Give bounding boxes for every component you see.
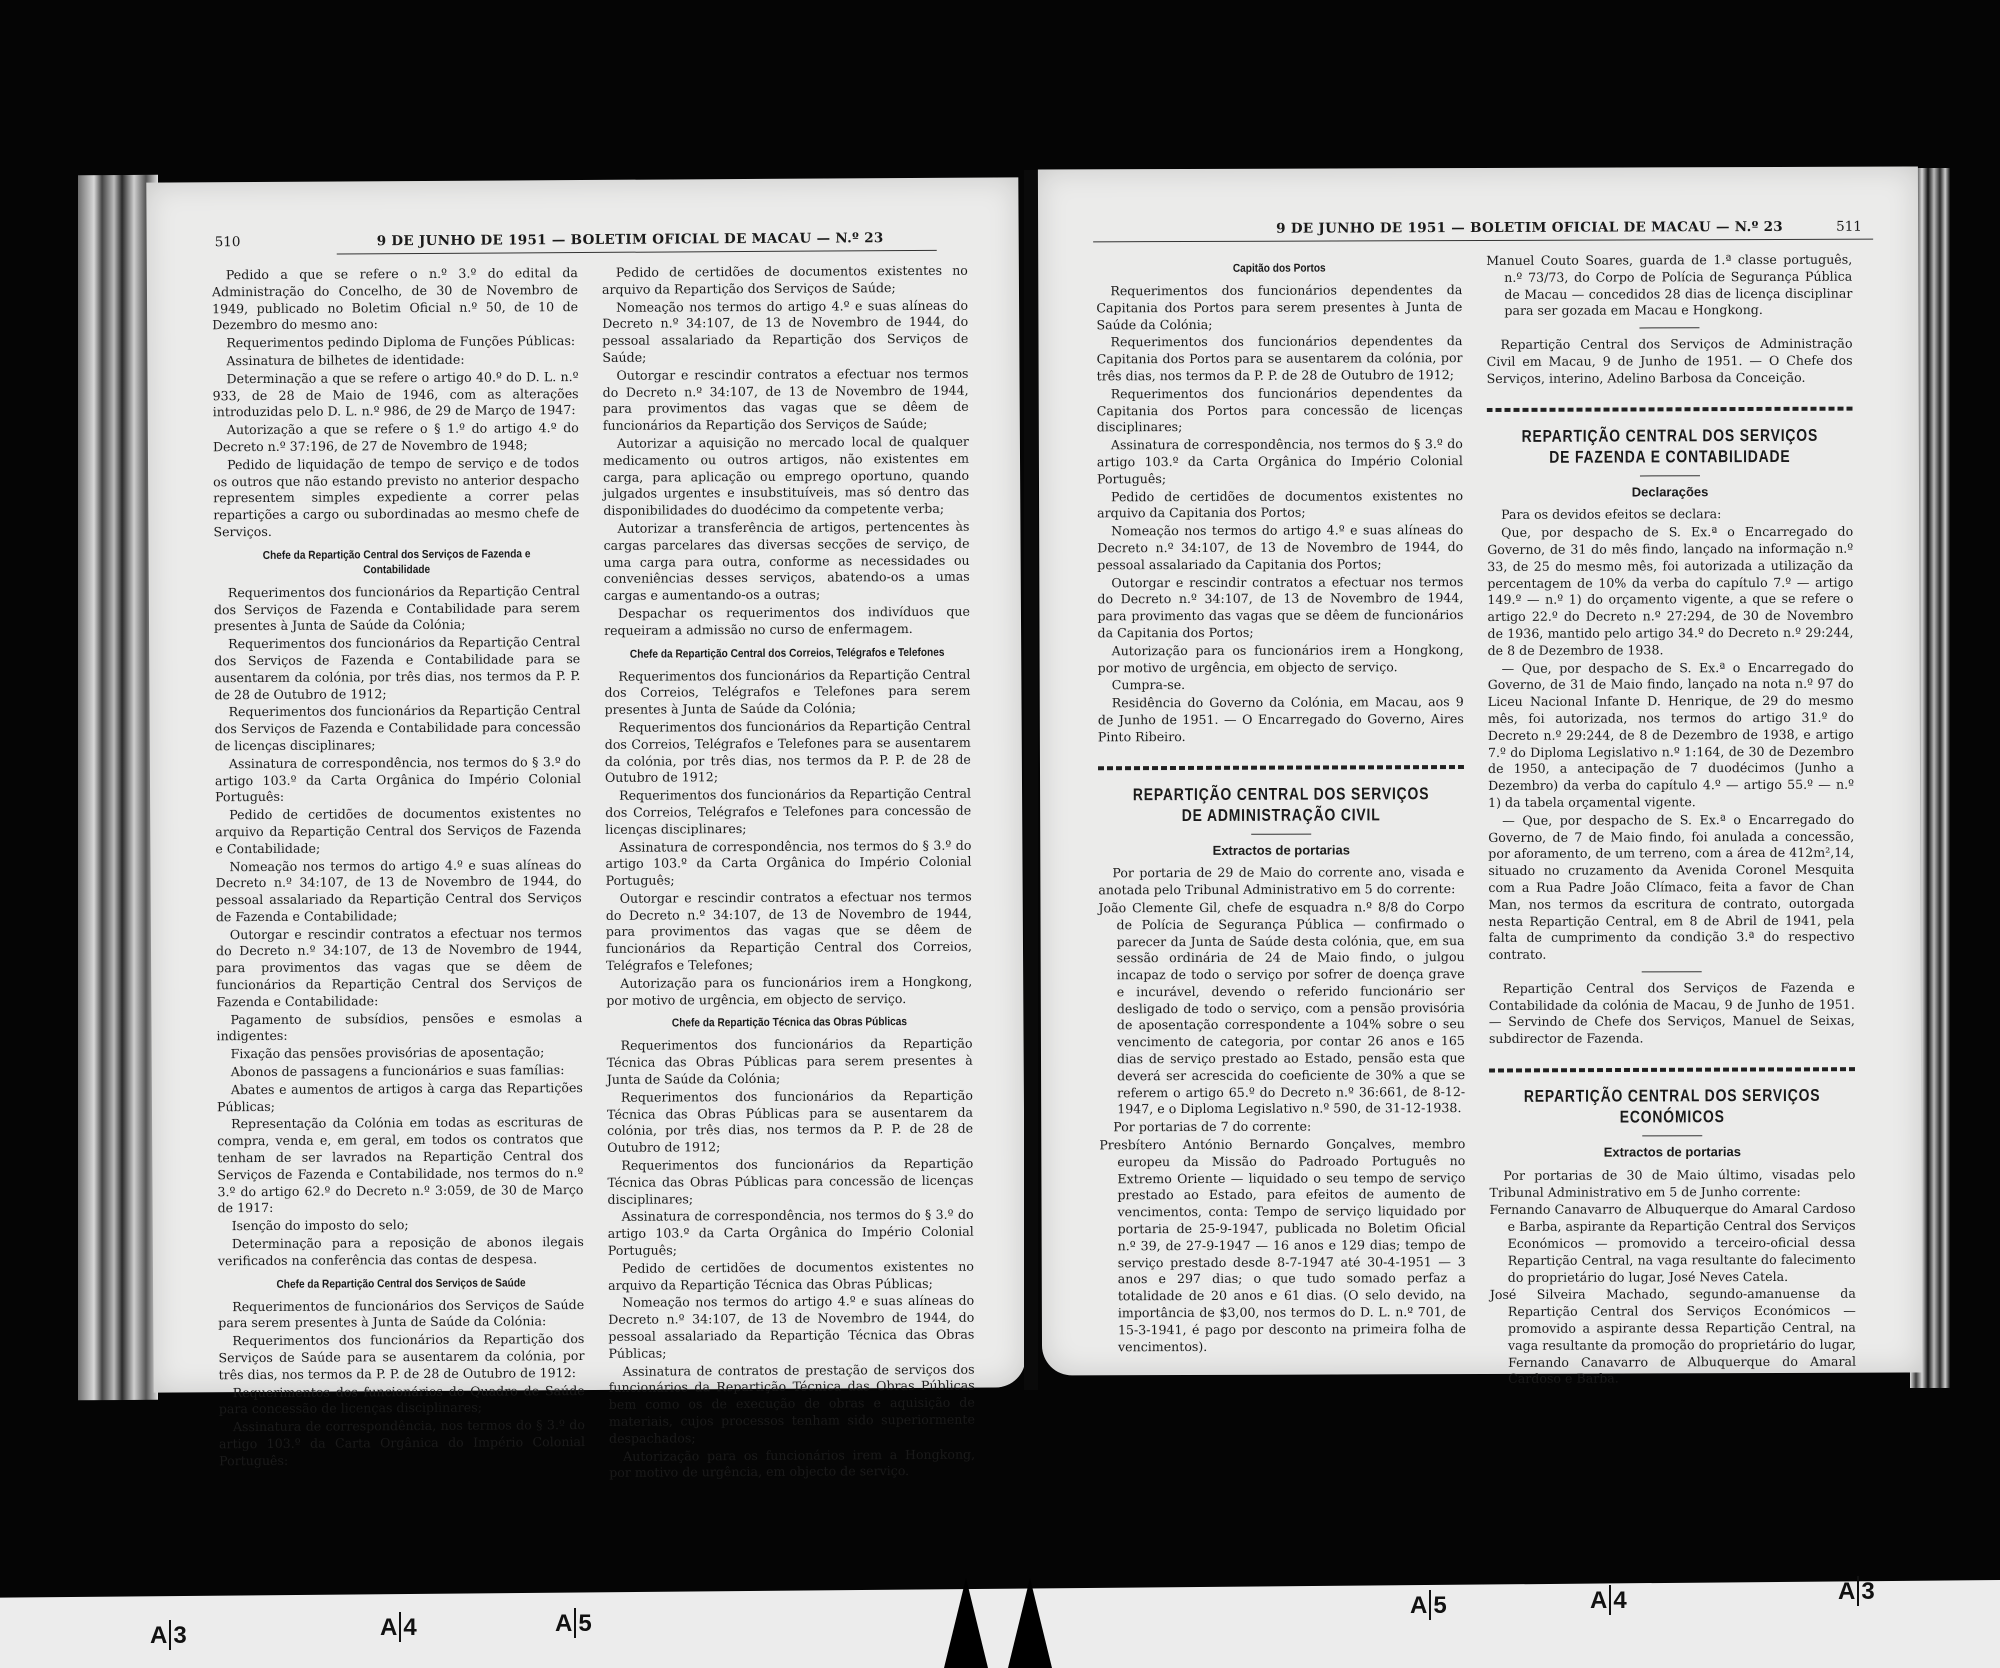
- paragraph: Representação da Colónia em todas as esc…: [217, 1114, 584, 1217]
- paragraph: Por portaria de 29 de Maio do corrente a…: [1098, 864, 1464, 899]
- heading: Chefe da Repartição Técnica das Obras Pú…: [628, 1015, 950, 1032]
- paragraph: Fixação das pensões provisórias de apose…: [217, 1044, 583, 1063]
- paragraph: Pedido de certidões de documentos existe…: [1097, 488, 1463, 523]
- paragraph: Outorgar e rescindir contratos a efectua…: [1097, 574, 1463, 642]
- paragraph: Isenção do imposto do selo;: [218, 1216, 584, 1235]
- short-rule: [1640, 475, 1700, 476]
- paragraph: Determinação para a reposição de abonos …: [218, 1234, 584, 1270]
- entry: Fernando Canavarro de Albuquerque do Ama…: [1490, 1201, 1856, 1286]
- book-edge-left: [78, 175, 158, 1400]
- paragraph: Requerimentos dos funcionários da Repart…: [215, 702, 581, 755]
- paragraph: Pedido de certidões de documentos existe…: [215, 805, 581, 858]
- short-rule: [1642, 971, 1702, 972]
- paragraph: Despachar os requerimentos dos indivíduo…: [604, 604, 970, 640]
- entry: Presbítero António Bernardo Gonçalves, m…: [1099, 1136, 1466, 1356]
- film-arrow-left: [944, 1578, 988, 1668]
- paragraph: Por portarias de 30 de Maio último, visa…: [1489, 1167, 1855, 1202]
- section-title: REPARTIÇÃO CENTRAL DOS SERVIÇOS DE FAZEN…: [1520, 424, 1820, 467]
- section-title: REPARTIÇÃO CENTRAL DOS SERVIÇOS ECONÓMIC…: [1522, 1085, 1822, 1128]
- paragraph: Residência do Governo da Colónia, em Mac…: [1098, 694, 1464, 746]
- subsection-title: Extractos de portarias: [1489, 1144, 1855, 1162]
- paragraph: Assinatura de correspondência, nos termo…: [1097, 436, 1463, 488]
- paragraph: Requerimentos de funcionários dos Serviç…: [218, 1297, 584, 1333]
- short-rule: [1639, 327, 1699, 328]
- book-gutter: [1024, 170, 1038, 1390]
- film-marker: A5: [1410, 1590, 1447, 1620]
- header-rule: [1093, 239, 1873, 243]
- paragraph: Requerimentos dos funcionários da Repart…: [214, 634, 580, 703]
- paragraph: Autorizar a aquisição no mercado local d…: [603, 434, 970, 520]
- paragraph: Requerimentos dos funcionários dependent…: [1096, 333, 1462, 385]
- entry: João Clemente Gil, chefe de esquadra n.º…: [1098, 899, 1465, 1119]
- paragraph: Outorgar e rescindir contratos a efectua…: [606, 889, 973, 975]
- paragraph: Requerimentos dos funcionários da Repart…: [607, 1036, 973, 1089]
- section-divider: [1098, 763, 1464, 772]
- paragraph: Outorgar e rescindir contratos a efectua…: [602, 365, 968, 434]
- column: Manuel Couto Soares, guarda de 1.ª class…: [1486, 252, 1856, 1390]
- paragraph: Assinatura de correspondência, nos termo…: [605, 837, 971, 890]
- heading: Chefe da Repartição Central dos Correios…: [626, 645, 948, 662]
- paragraph: Requerimentos dos funcionários do Quadro…: [219, 1383, 585, 1419]
- paragraph: Autorização para os funcionários irem a …: [1098, 642, 1464, 677]
- page-header: 9 DE JUNHO DE 1951 — BOLETIM OFICIAL DE …: [377, 230, 884, 249]
- heading: Capitão dos Portos: [1118, 261, 1440, 277]
- film-marker: A3: [150, 1620, 187, 1650]
- film-arrow-right: [1008, 1578, 1052, 1668]
- page-header: 9 DE JUNHO DE 1951 — BOLETIM OFICIAL DE …: [1276, 219, 1783, 237]
- heading: Chefe da Repartição Central dos Serviços…: [236, 547, 558, 579]
- paragraph: — Que, por despacho de S. Ex.ª o Encarre…: [1488, 659, 1855, 811]
- section-divider: [1487, 404, 1853, 413]
- heading: Chefe da Repartição Central dos Serviços…: [240, 1276, 562, 1293]
- paragraph: Determinação a que se refere o artigo 40…: [212, 369, 578, 422]
- paragraph: Autorizar a transferência de artigos, pe…: [603, 519, 970, 605]
- column: Pedido a que se refere o n.º 3.º do edit…: [212, 265, 585, 1471]
- left-page: 510 9 DE JUNHO DE 1951 — BOLETIM OFICIAL…: [146, 177, 1025, 1392]
- short-rule: [1251, 833, 1311, 834]
- film-marker: A3: [1838, 1576, 1875, 1606]
- paragraph: Requerimentos dos funcionários da Repart…: [607, 1088, 973, 1157]
- paragraph: Abates e aumentos de artigos à carga das…: [217, 1080, 583, 1116]
- paragraph: Por portarias de 7 do corrente:: [1099, 1118, 1465, 1136]
- entry: Manuel Couto Soares, guarda de 1.ª class…: [1486, 252, 1852, 320]
- paragraph: Nomeação nos termos do artigo 4.º e suas…: [1097, 522, 1463, 574]
- film-marker: A5: [555, 1608, 592, 1638]
- film-marker: A4: [1590, 1585, 1627, 1615]
- paragraph: Requerimentos dos funcionários da Repart…: [607, 1156, 973, 1209]
- subsection-title: Declarações: [1487, 483, 1853, 501]
- film-marker: A4: [380, 1612, 417, 1642]
- paragraph: Repartição Central dos Serviços de Fazen…: [1489, 980, 1855, 1048]
- paragraph: Pedido de certidões de documentos existe…: [602, 263, 968, 299]
- paragraph: Outorgar e rescindir contratos a efectua…: [216, 925, 583, 1011]
- paragraph: Assinatura de correspondência, nos termo…: [608, 1207, 974, 1260]
- paragraph: Requerimentos dos funcionários da Repart…: [605, 718, 971, 787]
- paragraph: Requerimentos dos funcionários da Repart…: [604, 666, 970, 719]
- section-title: REPARTIÇÃO CENTRAL DOS SERVIÇOS DE ADMIN…: [1131, 783, 1431, 826]
- paragraph: Pedido de liquidação de tempo de serviço…: [213, 455, 580, 541]
- paragraph: Assinatura de correspondência, nos termo…: [219, 1417, 585, 1470]
- page-number: 510: [215, 234, 241, 250]
- paragraph: Autorização a que se refere o § 1.º do a…: [213, 420, 579, 456]
- paragraph: Autorização para os funcionários irem a …: [609, 1446, 975, 1482]
- header-rule: [337, 250, 937, 255]
- paragraph: Assinatura de contratos de prestação de …: [609, 1361, 976, 1447]
- paragraph: Nomeação nos termos do artigo 4.º e suas…: [608, 1293, 974, 1362]
- right-page: 9 DE JUNHO DE 1951 — BOLETIM OFICIAL DE …: [1038, 166, 1922, 1375]
- subsection-title: Extractos de portarias: [1098, 842, 1464, 860]
- paragraph: Requerimentos dos funcionários da Repart…: [605, 786, 971, 839]
- paragraph: Abonos de passagens a funcionários e sua…: [217, 1062, 583, 1081]
- paragraph: Repartição Central dos Serviços de Admin…: [1486, 336, 1852, 388]
- film-strip: [0, 1580, 2000, 1668]
- paragraph: Nomeação nos termos do artigo 4.º e suas…: [215, 857, 581, 926]
- paragraph: Requerimentos pedindo Diploma de Funções…: [212, 333, 578, 352]
- paragraph: — Que, por despacho de S. Ex.ª o Encarre…: [1488, 811, 1855, 963]
- paragraph: Autorização para os funcionários irem a …: [606, 974, 972, 1010]
- paragraph: Pedido de certidões de documentos existe…: [608, 1258, 974, 1294]
- paragraph: Assinatura de bilhetes de identidade:: [212, 351, 578, 370]
- page-number: 511: [1836, 219, 1862, 235]
- paragraph: Cumpra-se.: [1098, 676, 1464, 694]
- paragraph: Requerimentos dos funcionários dependent…: [1096, 282, 1462, 334]
- paragraph: Requerimentos dos funcionários da Repart…: [214, 583, 580, 636]
- paragraph: Que, por despacho de S. Ex.ª o Encarrega…: [1487, 524, 1853, 660]
- paragraph: Para os devidos efeitos se declara:: [1487, 506, 1853, 524]
- entry: José Silveira Machado, segundo-amanuense…: [1490, 1286, 1856, 1388]
- paragraph: Requerimentos dos funcionários dependent…: [1097, 385, 1463, 437]
- column: Capitão dos PortosRequerimentos dos func…: [1096, 253, 1466, 1357]
- paragraph: Pagamento de subsídios, pensões e esmola…: [216, 1010, 582, 1046]
- column: Pedido de certidões de documentos existe…: [602, 263, 975, 1483]
- paragraph: Assinatura de correspondência, nos termo…: [215, 754, 581, 807]
- paragraph: Pedido a que se refere o n.º 3.º do edit…: [212, 265, 578, 334]
- short-rule: [1642, 1135, 1702, 1136]
- section-divider: [1489, 1065, 1855, 1074]
- paragraph: Requerimentos dos funcionários da Repart…: [218, 1331, 584, 1384]
- paragraph: Nomeação nos termos do artigo 4.º e suas…: [602, 297, 968, 366]
